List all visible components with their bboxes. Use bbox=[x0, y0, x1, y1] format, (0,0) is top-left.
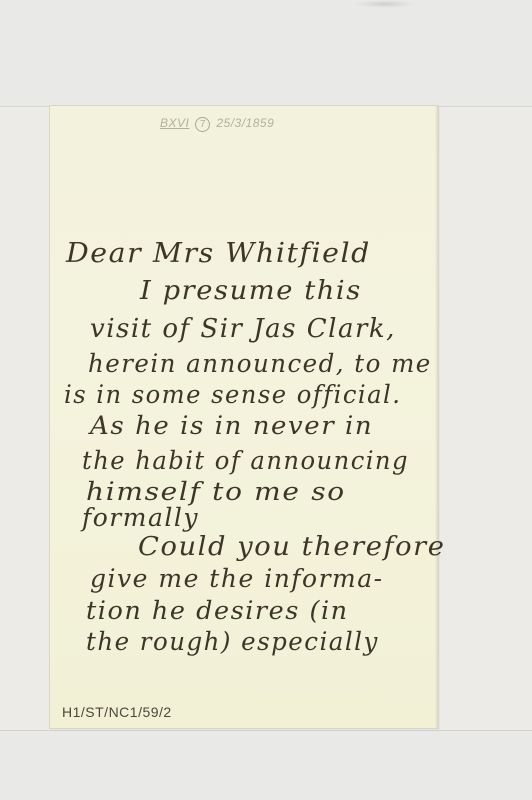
scan-smudge bbox=[355, 0, 415, 8]
archival-item-number: 7 bbox=[195, 117, 210, 132]
letter-line: visit of Sir Jas Clark, bbox=[90, 314, 396, 344]
letter-line: As he is in never in bbox=[90, 411, 373, 440]
letter-salutation: Dear Mrs Whitfield bbox=[66, 238, 371, 269]
letter-line: herein announced, to me bbox=[88, 349, 432, 378]
archival-annotation-top: BXVI725/3/1859 bbox=[160, 116, 274, 132]
letter-line: Could you therefore bbox=[138, 532, 446, 562]
archival-date: 25/3/1859 bbox=[216, 116, 274, 130]
letter-line: formally bbox=[82, 503, 199, 532]
archival-reference-number: H1/ST/NC1/59/2 bbox=[62, 704, 172, 720]
letter-line: give me the informa- bbox=[90, 564, 384, 593]
letter-line: is in some sense official. bbox=[64, 380, 401, 409]
letter-line: himself to me so bbox=[86, 477, 346, 506]
letter-line: the habit of announcing bbox=[82, 446, 409, 475]
letter-line: the rough) especially bbox=[86, 627, 379, 656]
letter-line: tion he desires (in bbox=[86, 596, 349, 625]
letter-line: I presume this bbox=[140, 276, 362, 306]
archival-series: BXVI bbox=[160, 116, 189, 130]
